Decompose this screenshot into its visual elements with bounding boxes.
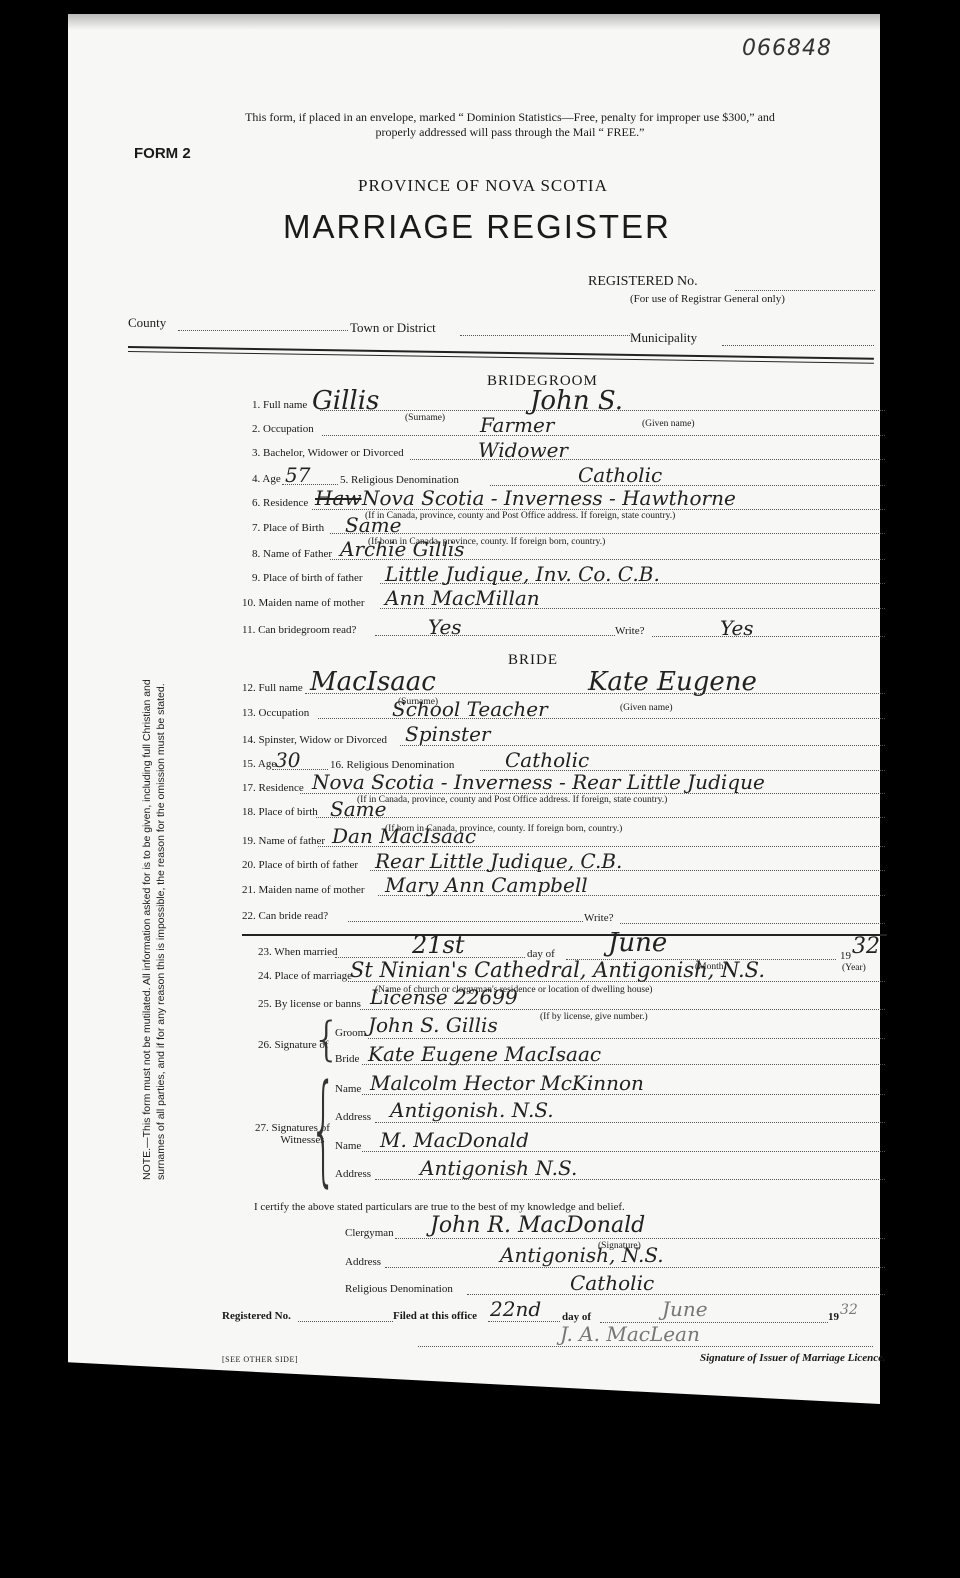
clergyman-denomination-field[interactable] bbox=[467, 1294, 885, 1295]
bride-read-label: 22. Can bride read? bbox=[242, 910, 328, 922]
bride-birthplace-field[interactable] bbox=[316, 817, 885, 818]
bride-read-field[interactable] bbox=[348, 921, 583, 922]
place-of-marriage: St Ninian's Cathedral, Antigonish, N.S. bbox=[350, 958, 765, 982]
groom-read-label: 11. Can bridegroom read? bbox=[242, 624, 356, 636]
groom-residence-hint: (If in Canada, province, county and Post… bbox=[365, 511, 675, 521]
clergyman-label: Clergyman bbox=[345, 1227, 394, 1239]
groom-given-hint: (Given name) bbox=[642, 419, 695, 429]
groom-fullname-label: 1. Full name bbox=[252, 399, 307, 411]
certification-statement: I certify the above stated particulars a… bbox=[254, 1201, 625, 1213]
groom-occupation: Farmer bbox=[480, 413, 554, 437]
groom-father-birthplace-label: 9. Place of birth of father bbox=[252, 572, 363, 584]
bride-mother-label: 21. Maiden name of mother bbox=[242, 884, 365, 896]
witness-1-address: Antigonish. N.S. bbox=[390, 1098, 554, 1122]
groom-read-field[interactable] bbox=[375, 635, 615, 636]
bride-heading: BRIDE bbox=[508, 652, 558, 669]
clergyman-signature: John R. MacDonald bbox=[430, 1213, 645, 1238]
groom-age-label: 4. Age bbox=[252, 473, 281, 485]
groom-read: Yes bbox=[428, 615, 462, 639]
municipality-field[interactable] bbox=[722, 345, 874, 346]
bride-status: Spinster bbox=[405, 722, 490, 746]
witness-1-address-label: Address bbox=[335, 1111, 371, 1123]
province-heading: PROVINCE OF NOVA SCOTIA bbox=[358, 176, 608, 196]
groom-surname: Gillis bbox=[312, 386, 379, 416]
filed-year-prefix: 19 bbox=[828, 1311, 839, 1323]
witness-1-address-field[interactable] bbox=[375, 1122, 885, 1123]
bride-religion: Catholic bbox=[505, 748, 589, 772]
bride-signature: Kate Eugene MacIsaac bbox=[368, 1042, 601, 1066]
bride-residence-label: 17. Residence bbox=[242, 782, 304, 794]
side-note-line-2: surnames of all parties, and if for any … bbox=[154, 540, 168, 1180]
clergyman-denomination: Catholic bbox=[570, 1271, 654, 1295]
filed-at-label: Filed at this office bbox=[393, 1310, 477, 1322]
license-label: 25. By license or banns bbox=[258, 998, 361, 1010]
bride-occupation: School Teacher bbox=[392, 697, 548, 721]
bride-write-label: Write? bbox=[584, 912, 613, 924]
groom-father-birthplace: Little Judique, Inv. Co. C.B. bbox=[385, 562, 660, 586]
groom-birthplace-field[interactable] bbox=[330, 533, 885, 534]
registered-no-label: REGISTERED No. bbox=[588, 274, 698, 290]
page-title: MARRIAGE REGISTER bbox=[283, 208, 671, 246]
bride-surname: MacIsaac bbox=[310, 667, 436, 697]
bride-fullname-label: 12. Full name bbox=[242, 682, 303, 694]
page-top-shadow bbox=[68, 14, 880, 30]
bride-signature-label: Bride bbox=[335, 1053, 359, 1065]
clergyman-signature-field[interactable] bbox=[395, 1238, 885, 1239]
bride-divider bbox=[242, 934, 887, 936]
license-field[interactable] bbox=[360, 1009, 885, 1010]
filing-registered-no-label: Registered No. bbox=[222, 1310, 291, 1322]
groom-status: Widower bbox=[478, 438, 568, 462]
witnesses-brace: { bbox=[310, 1060, 337, 1199]
groom-signature-field[interactable] bbox=[368, 1038, 885, 1039]
issuer-label: Signature of Issuer of Marriage Licence. bbox=[700, 1352, 886, 1364]
groom-father-label: 8. Name of Father bbox=[252, 548, 332, 560]
filed-day-field[interactable] bbox=[488, 1321, 560, 1322]
bride-father-label: 19. Name of father bbox=[242, 835, 325, 847]
bride-mother: Mary Ann Campbell bbox=[385, 873, 588, 897]
groom-signature: John S. Gillis bbox=[368, 1013, 498, 1037]
groom-birthplace: Same bbox=[345, 513, 401, 537]
bride-occupation-label: 13. Occupation bbox=[242, 707, 309, 719]
bride-residence-hint: (If in Canada, province, county and Post… bbox=[357, 795, 667, 805]
groom-occupation-field[interactable] bbox=[322, 435, 885, 436]
clergyman-address: Antigonish, N.S. bbox=[500, 1243, 664, 1267]
groom-status-label: 3. Bachelor, Widower or Divorced bbox=[252, 447, 404, 459]
year-hint: (Year) bbox=[842, 963, 866, 973]
registered-no-field[interactable] bbox=[735, 290, 875, 291]
side-note: NOTE.—This form must not be mutilated. A… bbox=[140, 540, 168, 1180]
bride-birthplace: Same bbox=[330, 797, 386, 821]
groom-religion-label: 5. Religious Denomination bbox=[340, 474, 459, 486]
bride-residence: Nova Scotia - Inverness - Rear Little Ju… bbox=[312, 770, 765, 794]
groom-birthplace-label: 7. Place of Birth bbox=[252, 522, 324, 534]
mail-notice-line-1: This form, if placed in an envelope, mar… bbox=[180, 110, 840, 125]
bride-father: Dan MacIsaac bbox=[332, 824, 476, 848]
stamp-number: 066848 bbox=[742, 36, 832, 61]
groom-mother: Ann MacMillan bbox=[385, 586, 540, 610]
clergyman-address-field[interactable] bbox=[385, 1267, 885, 1268]
issuer-signature-field[interactable] bbox=[418, 1346, 873, 1347]
bride-status-label: 14. Spinster, Widow or Divorced bbox=[242, 734, 387, 746]
bride-father-birthplace-label: 20. Place of birth of father bbox=[242, 859, 358, 871]
witness-2-address-label: Address bbox=[335, 1168, 371, 1180]
bride-birthplace-label: 18. Place of birth bbox=[242, 806, 318, 818]
groom-residence-label: 6. Residence bbox=[252, 497, 308, 509]
groom-residence: Nova Scotia - Inverness - Hawthorne bbox=[362, 486, 736, 510]
filed-year: 32 bbox=[840, 1302, 858, 1318]
filed-month: June bbox=[662, 1297, 708, 1321]
bride-father-birthplace: Rear Little Judique, C.B. bbox=[375, 849, 622, 873]
bride-age: 30 bbox=[275, 748, 300, 772]
groom-residence-struck: Haw bbox=[315, 486, 361, 510]
groom-write-label: Write? bbox=[615, 625, 644, 637]
marriage-month: June bbox=[608, 928, 667, 958]
year-prefix: 19 bbox=[840, 950, 851, 962]
witness-1-name: Malcolm Hector McKinnon bbox=[370, 1071, 644, 1095]
groom-occupation-label: 2. Occupation bbox=[252, 423, 314, 435]
town-field[interactable] bbox=[460, 335, 630, 336]
filing-registered-no-field[interactable] bbox=[298, 1321, 393, 1322]
bride-given-hint: (Given name) bbox=[620, 703, 673, 713]
registrar-note: (For use of Registrar General only) bbox=[630, 293, 785, 305]
clergyman-address-label: Address bbox=[345, 1256, 381, 1268]
filed-day: 22nd bbox=[490, 1297, 541, 1321]
county-label: County bbox=[128, 315, 166, 331]
groom-age: 57 bbox=[285, 463, 310, 487]
marriage-year: 32 bbox=[852, 934, 880, 959]
groom-given-name: John S. bbox=[530, 386, 623, 416]
witness-1-name-label: Name bbox=[335, 1083, 361, 1095]
license-hint: (If by license, give number.) bbox=[540, 1012, 648, 1022]
bride-given-name: Kate Eugene bbox=[588, 667, 757, 697]
when-married-label: 23. When married bbox=[258, 946, 338, 958]
groom-mother-label: 10. Maiden name of mother bbox=[242, 597, 365, 609]
license-value: License 22699 bbox=[370, 985, 518, 1009]
county-field[interactable] bbox=[178, 330, 348, 331]
place-of-marriage-label: 24. Place of marriage bbox=[258, 970, 352, 982]
bride-write-field[interactable] bbox=[620, 923, 885, 924]
municipality-label: Municipality bbox=[630, 330, 697, 346]
side-note-line-1: NOTE.—This form must not be mutilated. A… bbox=[140, 540, 154, 1180]
form-number: FORM 2 bbox=[134, 145, 191, 162]
mail-notice: This form, if placed in an envelope, mar… bbox=[180, 110, 840, 140]
witness-2-address: Antigonish N.S. bbox=[420, 1156, 577, 1180]
town-label: Town or District bbox=[350, 320, 436, 336]
groom-write-field[interactable] bbox=[652, 636, 885, 637]
groom-religion: Catholic bbox=[578, 463, 662, 487]
marriage-day: 21st bbox=[412, 931, 465, 959]
groom-surname-hint: (Surname) bbox=[405, 413, 445, 423]
witness-2-name-label: Name bbox=[335, 1140, 361, 1152]
clergyman-denomination-label: Religious Denomination bbox=[345, 1283, 453, 1295]
mail-notice-line-2: properly addressed will pass through the… bbox=[180, 125, 840, 140]
see-other-side: [SEE OTHER SIDE] bbox=[222, 1355, 298, 1364]
groom-father: Archie Gillis bbox=[340, 537, 465, 561]
witness-2-name: M. MacDonald bbox=[380, 1128, 529, 1152]
issuer-signature: J. A. MacLean bbox=[560, 1322, 700, 1346]
groom-signature-label: Groom bbox=[335, 1027, 366, 1039]
groom-write: Yes bbox=[720, 616, 754, 640]
